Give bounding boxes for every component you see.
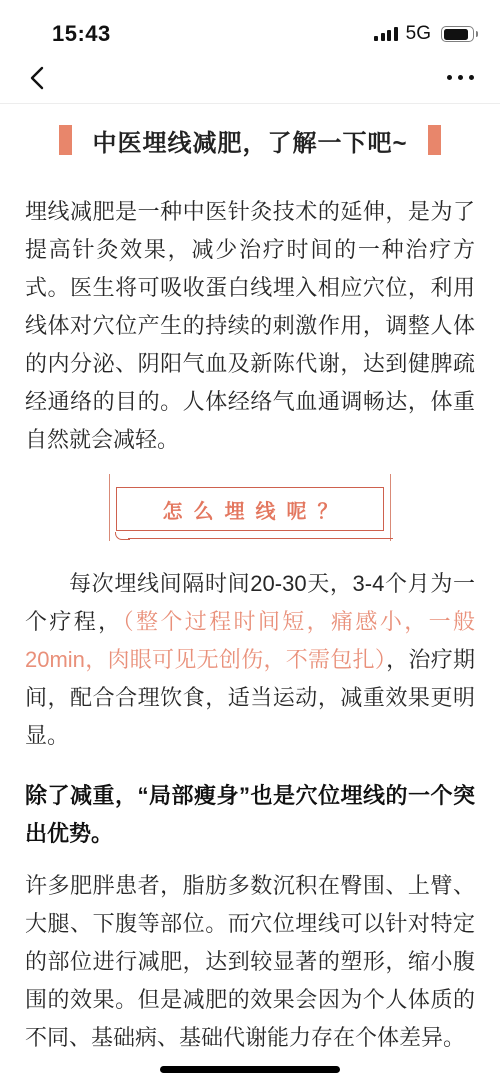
cellular-signal-icon [374,27,398,41]
paragraph-local-slimming: 许多肥胖患者，脂肪多数沉积在臀围、上臂、大腿、下腹等部位。而穴位埋线可以针对特定… [25,867,475,1057]
status-icons: 5G [374,23,474,45]
box-side-line-left [109,474,110,541]
box-side-line-right [390,474,391,541]
network-type-label: 5G [406,23,431,45]
title-accent-block-right [428,125,441,155]
clock: 15:43 [52,21,111,47]
status-bar: 15:43 5G [0,0,500,52]
title-accent-block-left [59,125,72,155]
battery-icon [441,26,474,42]
section-heading: 怎么埋线呢？ [152,495,349,524]
section-heading-frame: 怎么埋线呢？ [116,487,384,531]
title-row: 中医埋线减肥，了解一下吧~ [25,121,475,159]
page-title: 中医埋线减肥，了解一下吧~ [92,123,407,158]
back-button[interactable] [22,61,52,95]
section-heading-box: 怎么埋线呢？ [116,487,384,531]
article-body: 中医埋线减肥，了解一下吧~ 埋线减肥是一种中医针灸技术的延伸，是为了提高针灸效果… [0,121,500,1057]
home-indicator[interactable] [160,1066,340,1073]
nav-bar [0,52,500,104]
paragraph-intro: 埋线减肥是一种中医针灸技术的延伸，是为了提高针灸效果，减少治疗时间的一种治疗方式… [25,193,475,459]
phone-screen: 15:43 5G 中医埋线减肥，了解一下吧~ 埋线减肥是一种中医针灸技术的延伸，… [0,0,500,1082]
chevron-left-icon [26,65,48,91]
paragraph-procedure: 每次埋线间隔时间20-30天，3-4个月为一个疗程，（整个过程时间短，痛感小，一… [25,565,475,755]
bold-statement: 除了减重，“局部瘦身”也是穴位埋线的一个突出优势。 [25,777,475,853]
more-button[interactable] [443,71,478,84]
box-decoration-underline [128,538,393,540]
ellipsis-icon [447,75,474,80]
